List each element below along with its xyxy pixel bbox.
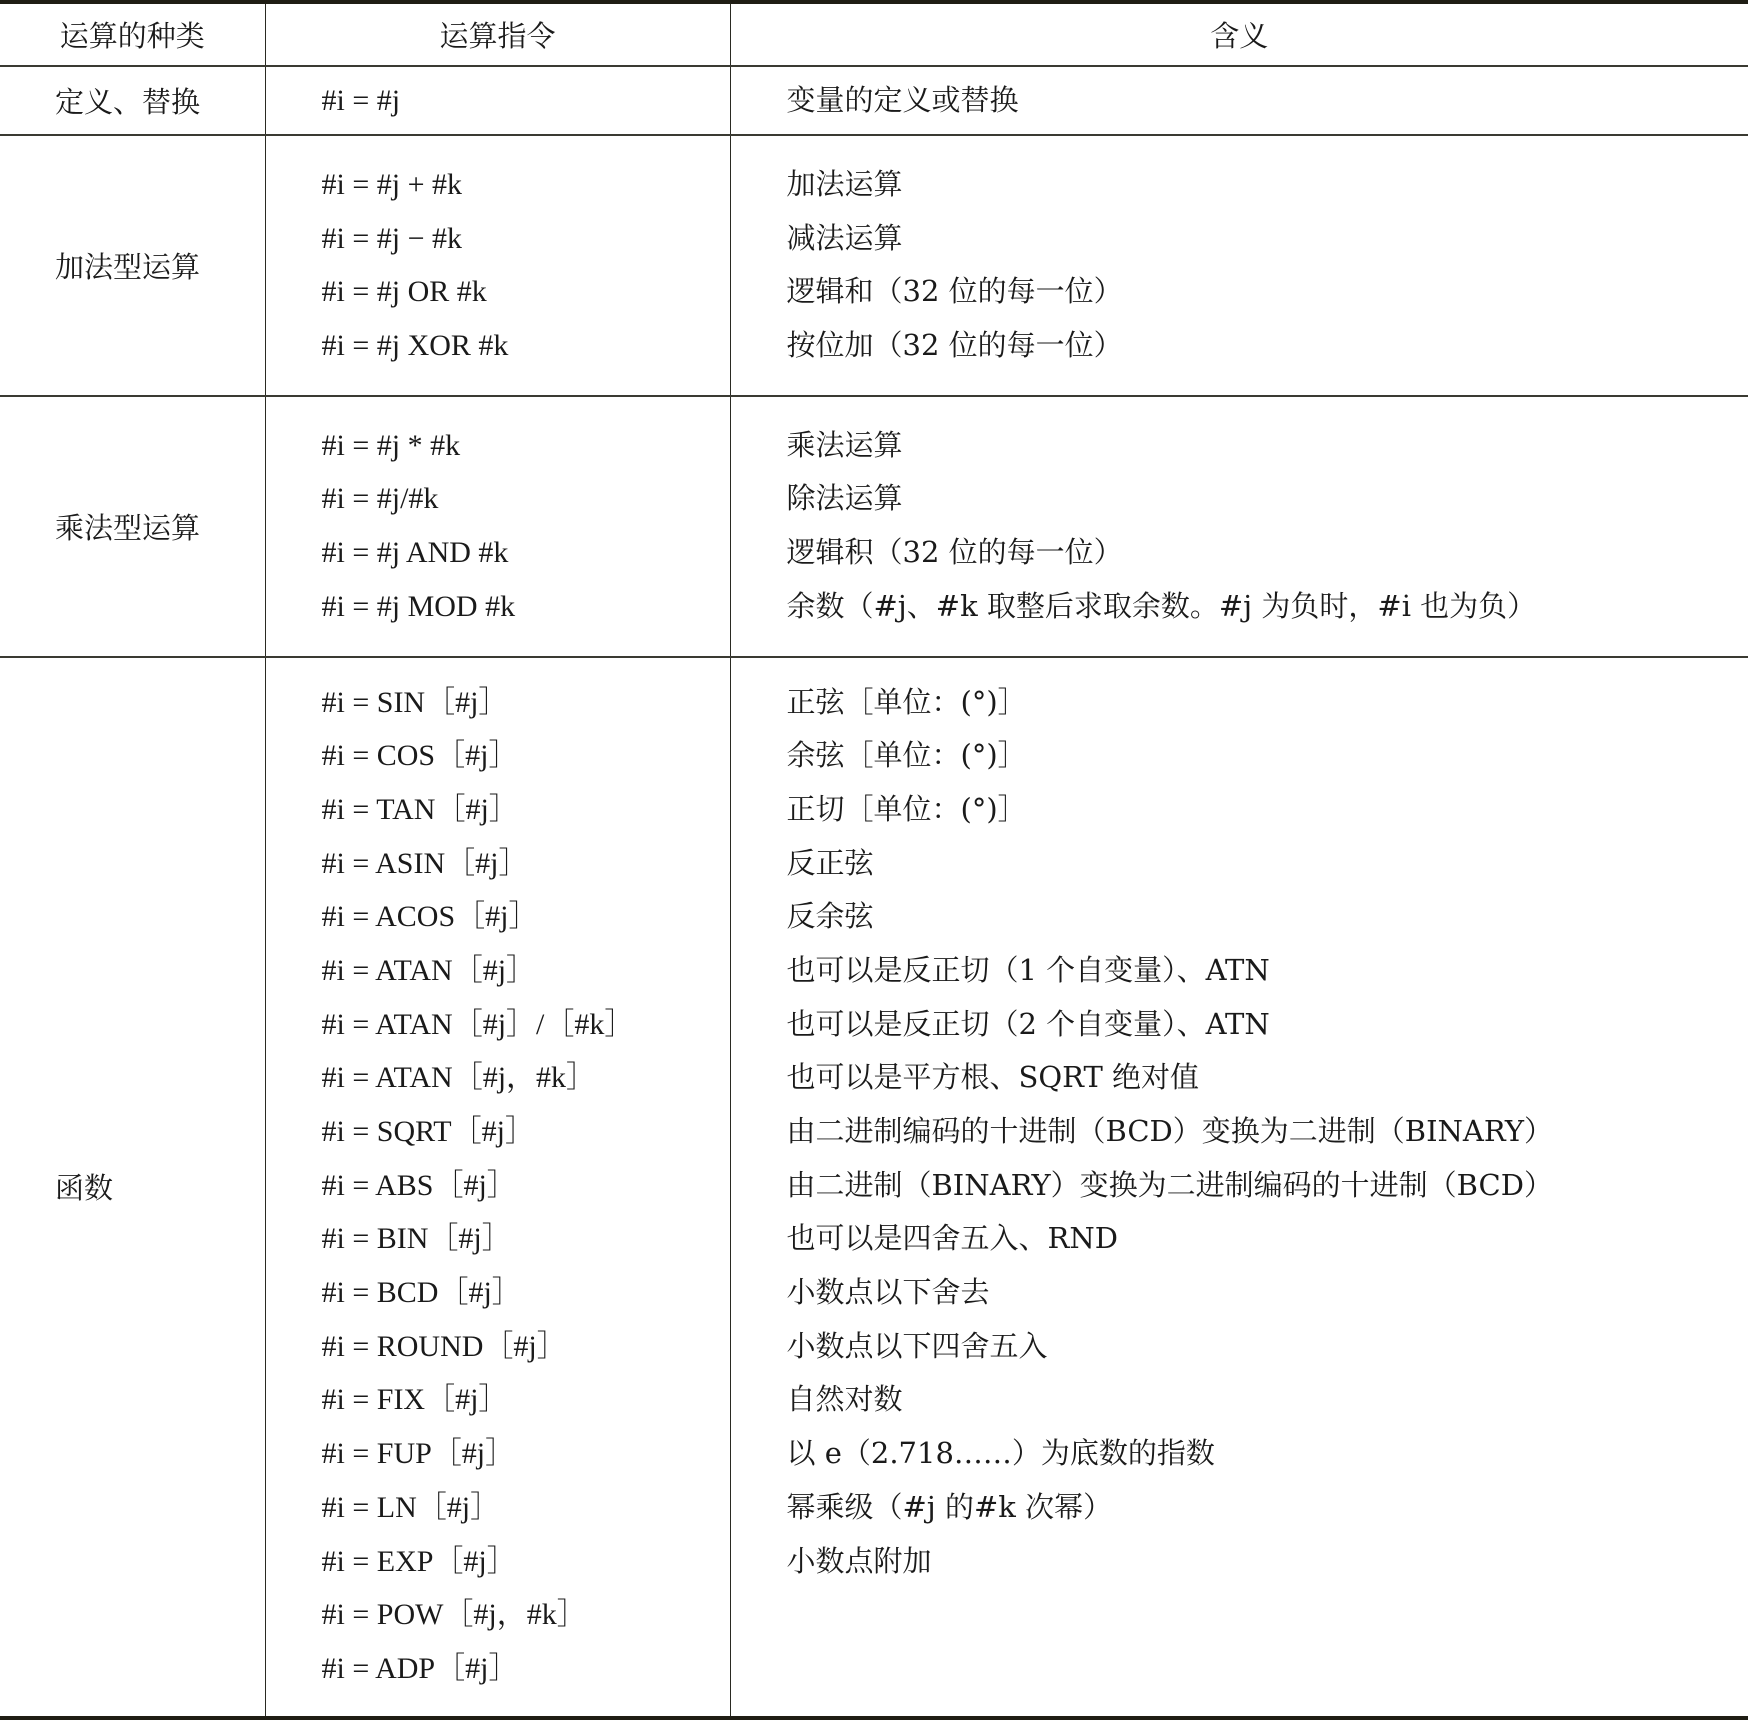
meaning-line: 也可以是反正切（1 个自变量）、ATN: [787, 944, 1748, 998]
command-line: #i = #j OR #k: [322, 265, 730, 319]
meaning-line: 也可以是四舍五入、RND: [787, 1212, 1748, 1266]
meaning-line: 余数（#j、#k 取整后求取余数。#j 为负时，#i 也为负）: [787, 580, 1748, 634]
command-line: #i = ASIN［#j］: [322, 837, 730, 891]
command-line: #i = FUP［#j］: [322, 1427, 730, 1481]
command-line: #i = ATAN［#j］: [322, 944, 730, 998]
command-line: #i = ABS［#j］: [322, 1159, 730, 1213]
category-cell: 乘法型运算: [0, 396, 265, 657]
command-line: #i = #j/#k: [322, 472, 730, 526]
meaning-line: 由二进制（BINARY）变换为二进制编码的十进制（BCD）: [787, 1159, 1748, 1213]
meaning-cell: 变量的定义或替换: [730, 66, 1748, 135]
meaning-line: 逻辑和（32 位的每一位）: [787, 265, 1748, 319]
category-cell: 加法型运算: [0, 135, 265, 396]
command-line: #i = ATAN［#j，#k］: [322, 1051, 730, 1105]
command-line: #i = ADP［#j］: [322, 1642, 730, 1696]
meaning-line: 乘法运算: [787, 419, 1748, 473]
meaning-line: 变量的定义或替换: [787, 67, 1748, 134]
command-cell: #i = #j: [265, 66, 730, 135]
meaning-line: 余弦［单位：(°)］: [787, 729, 1748, 783]
macro-operations-table: 运算的种类 运算指令 含义 定义、替换 #i = #j 变量的定义或替换 加法型…: [0, 0, 1748, 1720]
meaning-line: 按位加（32 位的每一位）: [787, 319, 1748, 373]
meaning-line: 逻辑积（32 位的每一位）: [787, 526, 1748, 580]
meaning-line: 反正弦: [787, 837, 1748, 891]
table-row-definition: 定义、替换 #i = #j 变量的定义或替换: [0, 66, 1748, 135]
meaning-line: 加法运算: [787, 158, 1748, 212]
meaning-line: 自然对数: [787, 1373, 1748, 1427]
command-line: #i = #j MOD #k: [322, 580, 730, 634]
table-row-functions: 函数 #i = SIN［#j］ #i = COS［#j］ #i = TAN［#j…: [0, 657, 1748, 1718]
command-cell: #i = SIN［#j］ #i = COS［#j］ #i = TAN［#j］ #…: [265, 657, 730, 1718]
command-line: #i = #j + #k: [322, 158, 730, 212]
command-line: #i = TAN［#j］: [322, 783, 730, 837]
command-line: #i = #j AND #k: [322, 526, 730, 580]
command-line: #i = LN［#j］: [322, 1481, 730, 1535]
meaning-cell: 正弦［单位：(°)］ 余弦［单位：(°)］ 正切［单位：(°)］ 反正弦 反余弦…: [730, 657, 1748, 1718]
meaning-line: 小数点附加: [787, 1535, 1748, 1589]
table-row-addition: 加法型运算 #i = #j + #k #i = #j − #k #i = #j …: [0, 135, 1748, 396]
command-line: #i = ATAN［#j］/［#k］: [322, 998, 730, 1052]
meaning-line: 也可以是平方根、SQRT 绝对值: [787, 1051, 1748, 1105]
command-line: #i = #j: [322, 67, 730, 134]
command-line: #i = BCD［#j］: [322, 1266, 730, 1320]
command-line: #i = EXP［#j］: [322, 1535, 730, 1589]
meaning-line: 小数点以下四舍五入: [787, 1320, 1748, 1374]
meaning-cell: 乘法运算 除法运算 逻辑积（32 位的每一位） 余数（#j、#k 取整后求取余数…: [730, 396, 1748, 657]
header-meaning: 含义: [730, 2, 1748, 66]
category-cell: 函数: [0, 657, 265, 1718]
meaning-line: 反余弦: [787, 890, 1748, 944]
header-command: 运算指令: [265, 2, 730, 66]
command-line: #i = SQRT［#j］: [322, 1105, 730, 1159]
command-line: #i = #j − #k: [322, 212, 730, 266]
command-line: #i = #j XOR #k: [322, 319, 730, 373]
header-row: 运算的种类 运算指令 含义: [0, 2, 1748, 66]
category-cell: 定义、替换: [0, 66, 265, 135]
meaning-line: 小数点以下舍去: [787, 1266, 1748, 1320]
meaning-line: 也可以是反正切（2 个自变量）、ATN: [787, 998, 1748, 1052]
meaning-line: 由二进制编码的十进制（BCD）变换为二进制（BINARY）: [787, 1105, 1748, 1159]
command-cell: #i = #j * #k #i = #j/#k #i = #j AND #k #…: [265, 396, 730, 657]
command-line: #i = BIN［#j］: [322, 1212, 730, 1266]
command-line: #i = COS［#j］: [322, 729, 730, 783]
command-line: #i = ROUND［#j］: [322, 1320, 730, 1374]
command-cell: #i = #j + #k #i = #j − #k #i = #j OR #k …: [265, 135, 730, 396]
meaning-line: 正切［单位：(°)］: [787, 783, 1748, 837]
command-line: #i = POW［#j，#k］: [322, 1588, 730, 1642]
command-line: #i = ACOS［#j］: [322, 890, 730, 944]
meaning-cell: 加法运算 减法运算 逻辑和（32 位的每一位） 按位加（32 位的每一位）: [730, 135, 1748, 396]
meaning-line: 正弦［单位：(°)］: [787, 676, 1748, 730]
meaning-line: 以 e（2.718……）为底数的指数: [787, 1427, 1748, 1481]
command-line: #i = FIX［#j］: [322, 1373, 730, 1427]
command-line: #i = #j * #k: [322, 419, 730, 473]
command-line: #i = SIN［#j］: [322, 676, 730, 730]
table-row-multiplication: 乘法型运算 #i = #j * #k #i = #j/#k #i = #j AN…: [0, 396, 1748, 657]
header-category: 运算的种类: [0, 2, 265, 66]
meaning-line: 除法运算: [787, 472, 1748, 526]
meaning-line: 减法运算: [787, 212, 1748, 266]
meaning-line: 幂乘级（#j 的#k 次幂）: [787, 1481, 1748, 1535]
